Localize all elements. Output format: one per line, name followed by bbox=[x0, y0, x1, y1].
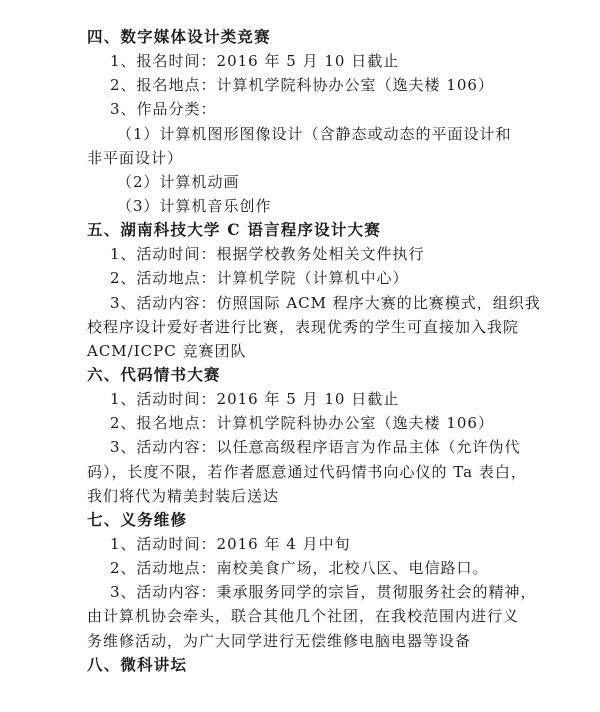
paragraph-line: （1）计算机图形图像设计（含静态或动态的平面设计和 bbox=[87, 122, 527, 146]
paragraph-line: 3、活动内容：秉承服务同学的宗旨，贯彻服务社会的精神， bbox=[87, 580, 527, 604]
section-heading: 四、数字媒体设计类竞赛 bbox=[87, 25, 527, 49]
paragraph-line: 1、活动时间：2016 年 5 月 10 日截止 bbox=[87, 387, 527, 411]
paragraph-line: （3）计算机音乐创作 bbox=[87, 194, 527, 218]
paragraph-line: 非平面设计） bbox=[87, 146, 527, 170]
paragraph-line: 校程序设计爱好者进行比赛，表现优秀的学生可直接加入我院 bbox=[87, 315, 527, 339]
paragraph-line: （2）计算机动画 bbox=[87, 170, 527, 194]
section-heading: 七、义务维修 bbox=[87, 508, 527, 532]
paragraph-line: 3、活动内容：以任意高级程序语言为作品主体（允许伪代 bbox=[87, 435, 527, 459]
paragraph-line: 码），长度不限，若作者愿意通过代码情书向心仪的 Ta 表白， bbox=[87, 460, 527, 484]
section-heading: 六、代码情书大赛 bbox=[87, 363, 527, 387]
paragraph-line: 1、活动时间：根据学校教务处相关文件执行 bbox=[87, 242, 527, 266]
paragraph-line: 2、活动地点：南校美食广场，北校八区、电信路口。 bbox=[87, 556, 527, 580]
paragraph-line: 务维修活动，为广大同学进行无偿维修电脑电器等设备 bbox=[87, 629, 527, 653]
paragraph-line: 2、报名地点：计算机学院科协办公室（逸夫楼 106） bbox=[87, 411, 527, 435]
paragraph-line: 由计算机协会牵头，联合其他几个社团，在我校范围内进行义 bbox=[87, 604, 527, 628]
section-heading: 五、湖南科技大学 C 语言程序设计大赛 bbox=[87, 218, 527, 242]
document-body: 四、数字媒体设计类竞赛 1、报名时间：2016 年 5 月 10 日截止 2、报… bbox=[87, 25, 527, 677]
paragraph-line: 我们将代为精美封装后送达 bbox=[87, 484, 527, 508]
paragraph-line: 2、活动地点：计算机学院（计算机中心） bbox=[87, 266, 527, 290]
section-heading: 八、微科讲坛 bbox=[87, 653, 527, 677]
paragraph-line: 1、活动时间：2016 年 4 月中旬 bbox=[87, 532, 527, 556]
paragraph-line: 2、报名地点：计算机学院科协办公室（逸夫楼 106） bbox=[87, 73, 527, 97]
paragraph-line: 3、作品分类： bbox=[87, 97, 527, 121]
paragraph-line: 1、报名时间：2016 年 5 月 10 日截止 bbox=[87, 49, 527, 73]
paragraph-line: 3、活动内容：仿照国际 ACM 程序大赛的比赛模式，组织我 bbox=[87, 291, 527, 315]
paragraph-line: ACM/ICPC 竞赛团队 bbox=[87, 339, 527, 363]
